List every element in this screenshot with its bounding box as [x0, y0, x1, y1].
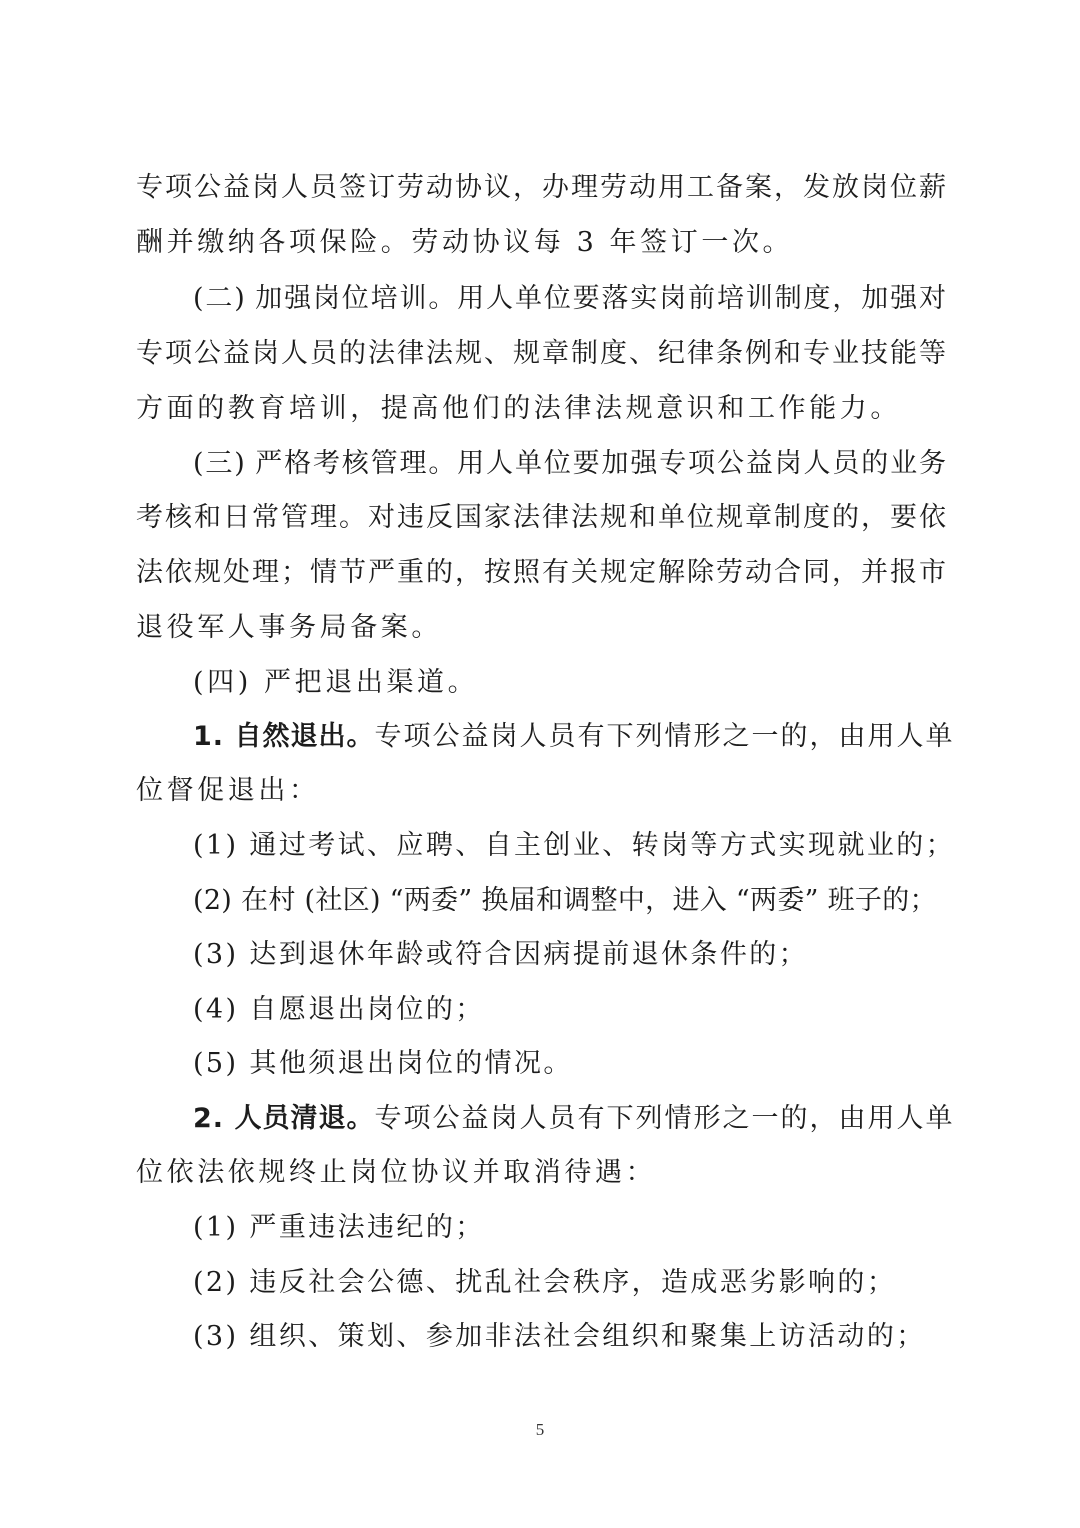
list-item: (1) 严重违法违纪的； — [193, 1210, 1003, 1246]
paragraph-text: 专项公益岗人员有下列情形之一的，由用人单 — [374, 1101, 954, 1137]
paragraph-line: 酬并缴纳各项保险。劳动协议每 3 年签订一次。 — [136, 225, 946, 261]
list-item: (5) 其他须退出岗位的情况。 — [193, 1046, 1003, 1082]
list-item: (4) 自愿退出岗位的； — [193, 992, 1003, 1028]
list-item: (3) 组织、策划、参加非法社会组织和聚集上访活动的； — [193, 1319, 1003, 1355]
section-heading-assessment: (三) 严格考核管理。用人单位要加强专项公益岗人员的业务 — [193, 446, 946, 482]
subsection-dismissal: 2. 人员清退。 专项公益岗人员有下列情形之一的，由用人单 — [193, 1101, 946, 1137]
section-heading-exit: (四) 严把退出渠道。 — [193, 665, 1003, 701]
subsection-natural-exit: 1. 自然退出。 专项公益岗人员有下列情形之一的，由用人单 — [193, 719, 946, 755]
paragraph-line: 专项公益岗人员签订劳动协议，办理劳动用工备案，发放岗位薪 — [136, 170, 946, 206]
page-number: 5 — [0, 1420, 1080, 1440]
paragraph-line: 考核和日常管理。对违反国家法律法规和单位规章制度的，要依 — [136, 500, 946, 536]
list-item: (2) 在村 (社区) “两委” 换届和调整中，进入 “两委” 班子的； — [193, 883, 1003, 919]
subsection-heading: 1. 自然退出。 — [193, 719, 374, 755]
subsection-heading: 2. 人员清退。 — [193, 1101, 374, 1137]
list-item: (3) 达到退休年龄或符合因病提前退休条件的； — [193, 937, 1003, 973]
document-page: 专项公益岗人员签订劳动协议，办理劳动用工备案，发放岗位薪 酬并缴纳各项保险。劳动… — [0, 0, 1080, 1528]
paragraph-line: 退役军人事务局备案。 — [136, 610, 946, 646]
paragraph-text: 专项公益岗人员有下列情形之一的，由用人单 — [374, 719, 954, 755]
paragraph-line: 位督促退出： — [136, 773, 946, 809]
list-item: (2) 违反社会公德、扰乱社会秩序，造成恶劣影响的； — [193, 1265, 1003, 1301]
paragraph-line: 专项公益岗人员的法律法规、规章制度、纪律条例和专业技能等 — [136, 336, 946, 372]
paragraph-line: 位依法依规终止岗位协议并取消待遇： — [136, 1155, 946, 1191]
paragraph-line: 方面的教育培训，提高他们的法律法规意识和工作能力。 — [136, 391, 946, 427]
section-heading-training: (二) 加强岗位培训。用人单位要落实岗前培训制度，加强对 — [193, 281, 946, 317]
list-item: (1) 通过考试、应聘、自主创业、转岗等方式实现就业的； — [193, 828, 1003, 864]
paragraph-line: 法依规处理；情节严重的，按照有关规定解除劳动合同，并报市 — [136, 555, 946, 591]
